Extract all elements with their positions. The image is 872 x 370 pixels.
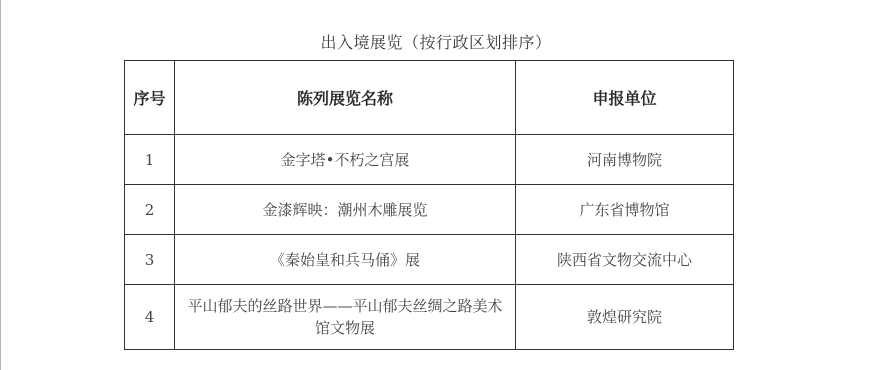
header-applicant-unit: 申报单位 — [516, 61, 734, 135]
exhibition-name: 金字塔•不朽之宫展 — [174, 135, 515, 185]
header-number: 序号 — [125, 61, 175, 135]
applicant-unit: 广东省博物馆 — [516, 185, 734, 235]
table-row: 4 平山郁夫的丝路世界——平山郁夫丝绸之路美术馆文物展 敦煌研究院 — [125, 285, 734, 350]
applicant-unit: 敦煌研究院 — [516, 285, 734, 350]
table-row: 1 金字塔•不朽之宫展 河南博物院 — [125, 135, 734, 185]
document-title: 出入境展览（按行政区划排序） — [0, 30, 872, 53]
applicant-unit: 河南博物院 — [516, 135, 734, 185]
exhibition-name: 平山郁夫的丝路世界——平山郁夫丝绸之路美术馆文物展 — [174, 285, 515, 350]
exhibition-name: 《秦始皇和兵马俑》展 — [174, 235, 515, 285]
page-edge — [0, 0, 1, 370]
applicant-unit: 陕西省文物交流中心 — [516, 235, 734, 285]
table-header-row: 序号 陈列展览名称 申报单位 — [125, 61, 734, 135]
header-exhibition-name: 陈列展览名称 — [174, 61, 515, 135]
table-row: 3 《秦始皇和兵马俑》展 陕西省文物交流中心 — [125, 235, 734, 285]
row-number: 1 — [125, 135, 175, 185]
exhibition-table: 序号 陈列展览名称 申报单位 1 金字塔•不朽之宫展 河南博物院 2 金漆辉映：… — [124, 60, 734, 350]
table-row: 2 金漆辉映：潮州木雕展览 广东省博物馆 — [125, 185, 734, 235]
exhibition-name: 金漆辉映：潮州木雕展览 — [174, 185, 515, 235]
row-number: 4 — [125, 285, 175, 350]
row-number: 3 — [125, 235, 175, 285]
row-number: 2 — [125, 185, 175, 235]
